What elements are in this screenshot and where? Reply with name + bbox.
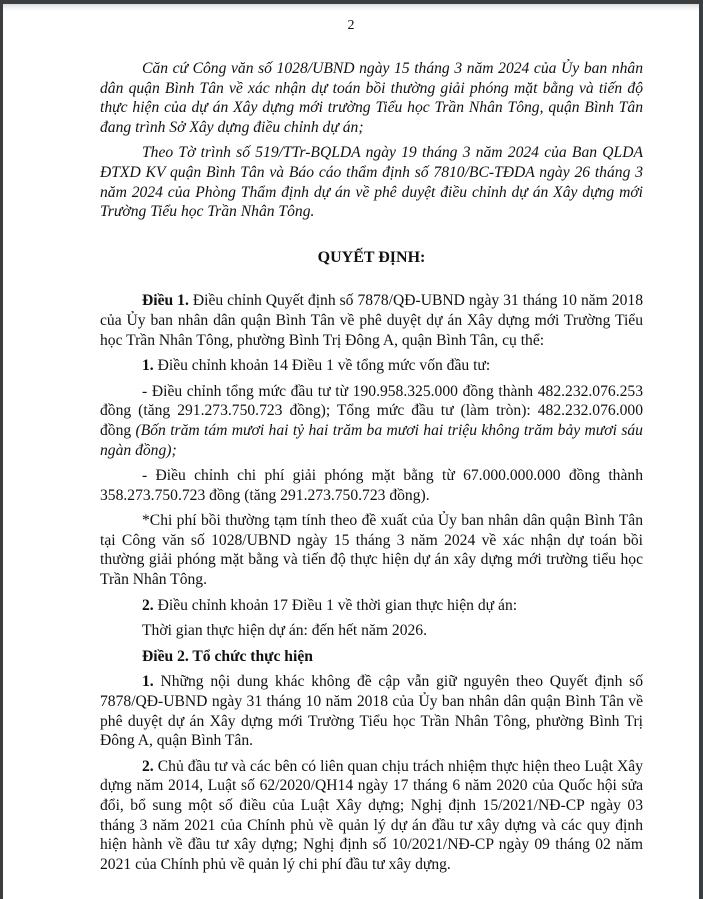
preamble-paragraph-2: Theo Tờ trình số 519/TTr-BQLDA ngày 19 t… [100, 143, 643, 221]
article-1-note: *Chi phí bồi thường tạm tính theo đề xuấ… [100, 511, 643, 589]
clause-label: 2. [142, 597, 154, 614]
article-2-heading-text: Điều 2. Tổ chức thực hiện [142, 648, 313, 665]
preamble-paragraph-1: Căn cứ Công văn số 1028/UBND ngày 15 thá… [100, 59, 643, 137]
document-page: 2 Căn cứ Công văn số 1028/UBND ngày 15 t… [3, 4, 699, 899]
clause-label: 2. [142, 758, 154, 775]
clause-label: 1. [142, 673, 154, 690]
article-1-bullet-2: - Điều chỉnh chi phí giải phóng mặt bằng… [100, 466, 643, 505]
article-2-heading: Điều 2. Tổ chức thực hiện [100, 647, 643, 667]
project-timeline: Thời gian thực hiện dự án: đến hết năm 2… [100, 621, 643, 641]
article-1-bullet-1: - Điều chỉnh tổng mức đầu tư từ 190.958.… [100, 382, 643, 460]
article-1-clause-2: 2. Điều chỉnh khoản 17 Điều 1 về thời gi… [100, 596, 643, 616]
document-body: Căn cứ Công văn số 1028/UBND ngày 15 thá… [100, 59, 643, 874]
article-1-paragraph: Điều 1. Điều chỉnh Quyết định số 7878/QĐ… [100, 291, 643, 350]
page-number: 2 [3, 18, 699, 34]
clause-text: Chủ đầu tư và các bên có liên quan chịu … [100, 758, 643, 873]
clause-text: Điều chỉnh khoản 17 Điều 1 về thời gian … [154, 597, 517, 614]
decision-title: QUYẾT ĐỊNH: [100, 248, 643, 268]
clause-text: Điều chỉnh khoản 14 Điều 1 về tổng mức v… [154, 357, 491, 374]
clause-label: 1. [142, 357, 154, 374]
article-2-clause-1: 1. Những nội dung khác không đề cập vẫn … [100, 672, 643, 750]
article-1-clause-1: 1. Điều chỉnh khoản 14 Điều 1 về tổng mứ… [100, 356, 643, 376]
article-2-clause-2: 2. Chủ đầu tư và các bên có liên quan ch… [100, 757, 643, 875]
clause-text: Những nội dung khác không đề cập vẫn giữ… [100, 673, 643, 749]
article-1-label: Điều 1. [142, 292, 189, 309]
amount-in-words: (Bốn trăm tám mươi hai tỷ hai trăm ba mư… [100, 422, 643, 459]
